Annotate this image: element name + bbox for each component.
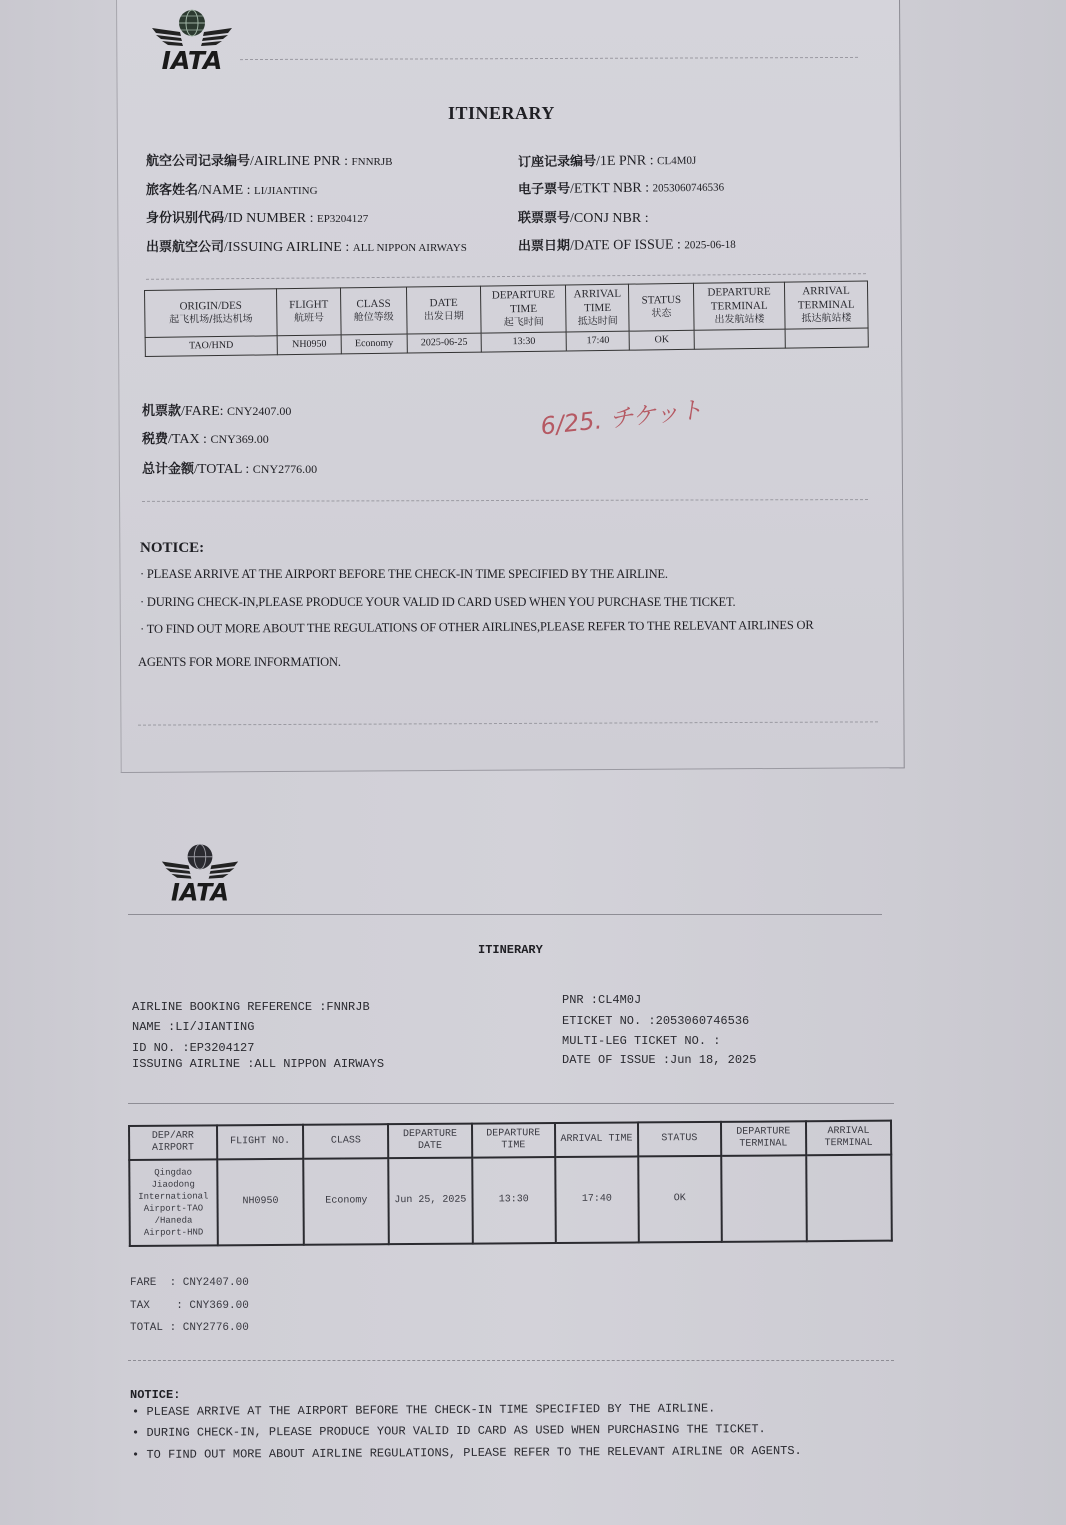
itinerary-title: ITINERARY bbox=[448, 103, 555, 124]
divider bbox=[128, 914, 882, 915]
passenger-name-field: 旅客姓名/NAME : LI/JIANTING bbox=[146, 179, 318, 199]
divider bbox=[128, 1360, 894, 1361]
1e-pnr-field: 订座记录编号/1E PNR : CL4M0J bbox=[518, 149, 696, 171]
notice-item: · PLEASE ARRIVE AT THE AIRPORT BEFORE TH… bbox=[140, 567, 668, 582]
notice-item: • PLEASE ARRIVE AT THE AIRPORT BEFORE TH… bbox=[132, 1401, 715, 1419]
table-row: Qingdao Jiaodong International Airport-T… bbox=[129, 1155, 892, 1246]
pnr-field: PNR :CL4M0J bbox=[562, 993, 641, 1007]
notice-item: • DURING CHECK-IN, PLEASE PRODUCE YOUR V… bbox=[132, 1422, 766, 1440]
flight-table-top: ORIGIN/DES起飞机场/抵达机场 FLIGHT航班号 CLASS舱位等级 … bbox=[144, 281, 869, 357]
notice-item: • TO FIND OUT MORE ABOUT AIRLINE REGULAT… bbox=[132, 1444, 802, 1462]
svg-text:IATA: IATA bbox=[171, 879, 229, 904]
tax-field: 税费/TAX : CNY369.00 bbox=[142, 428, 269, 448]
total-field: TOTAL : CNY2776.00 bbox=[130, 1322, 249, 1334]
issuing-airline-field: ISSUING AIRLINE :ALL NIPPON AIRWAYS bbox=[132, 1057, 384, 1071]
etkt-number-field: 电子票号/ETKT NBR : 2053060746536 bbox=[518, 176, 724, 199]
date-of-issue-field: 出票日期/DATE OF ISSUE : 2025-06-18 bbox=[518, 233, 736, 255]
fare-field: FARE : CNY2407.00 bbox=[130, 1277, 249, 1289]
total-field: 总计金额/TOTAL : CNY2776.00 bbox=[142, 458, 317, 478]
conj-number-field: 联票票号/CONJ NBR : bbox=[518, 207, 649, 227]
booking-reference-field: AIRLINE BOOKING REFERENCE :FNNRJB bbox=[132, 1000, 370, 1014]
airline-pnr-field: 航空公司记录编号/AIRLINE PNR : FNNRJB bbox=[146, 150, 392, 170]
notice-item: AGENTS FOR MORE INFORMATION. bbox=[138, 655, 341, 670]
passenger-name-field: NAME :LI/JIANTING bbox=[132, 1020, 254, 1034]
svg-text:IATA: IATA bbox=[162, 46, 223, 72]
eticket-number-field: ETICKET NO. :2053060746536 bbox=[562, 1014, 749, 1028]
iata-logo-icon: IATA bbox=[148, 6, 236, 72]
divider bbox=[128, 1103, 894, 1104]
flight-table-bottom: DEP/ARR AIRPORT FLIGHT NO. CLASS DEPARTU… bbox=[128, 1120, 893, 1247]
id-number-field: ID NO. :EP3204127 bbox=[132, 1041, 254, 1055]
multi-leg-ticket-field: MULTI-LEG TICKET NO. : bbox=[562, 1034, 720, 1048]
notice-title: NOTICE: bbox=[130, 1388, 180, 1402]
issuing-airline-field: 出票航空公司/ISSUING AIRLINE : ALL NIPPON AIRW… bbox=[146, 236, 467, 256]
itinerary-title: ITINERARY bbox=[478, 943, 543, 957]
iata-logo-icon: IATA bbox=[158, 840, 242, 904]
date-of-issue-field: DATE OF ISSUE :Jun 18, 2025 bbox=[562, 1053, 756, 1067]
table-header-row: DEP/ARR AIRPORT FLIGHT NO. CLASS DEPARTU… bbox=[129, 1121, 891, 1160]
notice-item: · DURING CHECK-IN,PLEASE PRODUCE YOUR VA… bbox=[140, 595, 735, 610]
tax-field: TAX : CNY369.00 bbox=[130, 1300, 249, 1312]
fare-field: 机票款/FARE: CNY2407.00 bbox=[142, 400, 291, 420]
id-number-field: 身份识别代码/ID NUMBER : EP3204127 bbox=[146, 207, 368, 227]
notice-title: NOTICE: bbox=[140, 540, 204, 557]
